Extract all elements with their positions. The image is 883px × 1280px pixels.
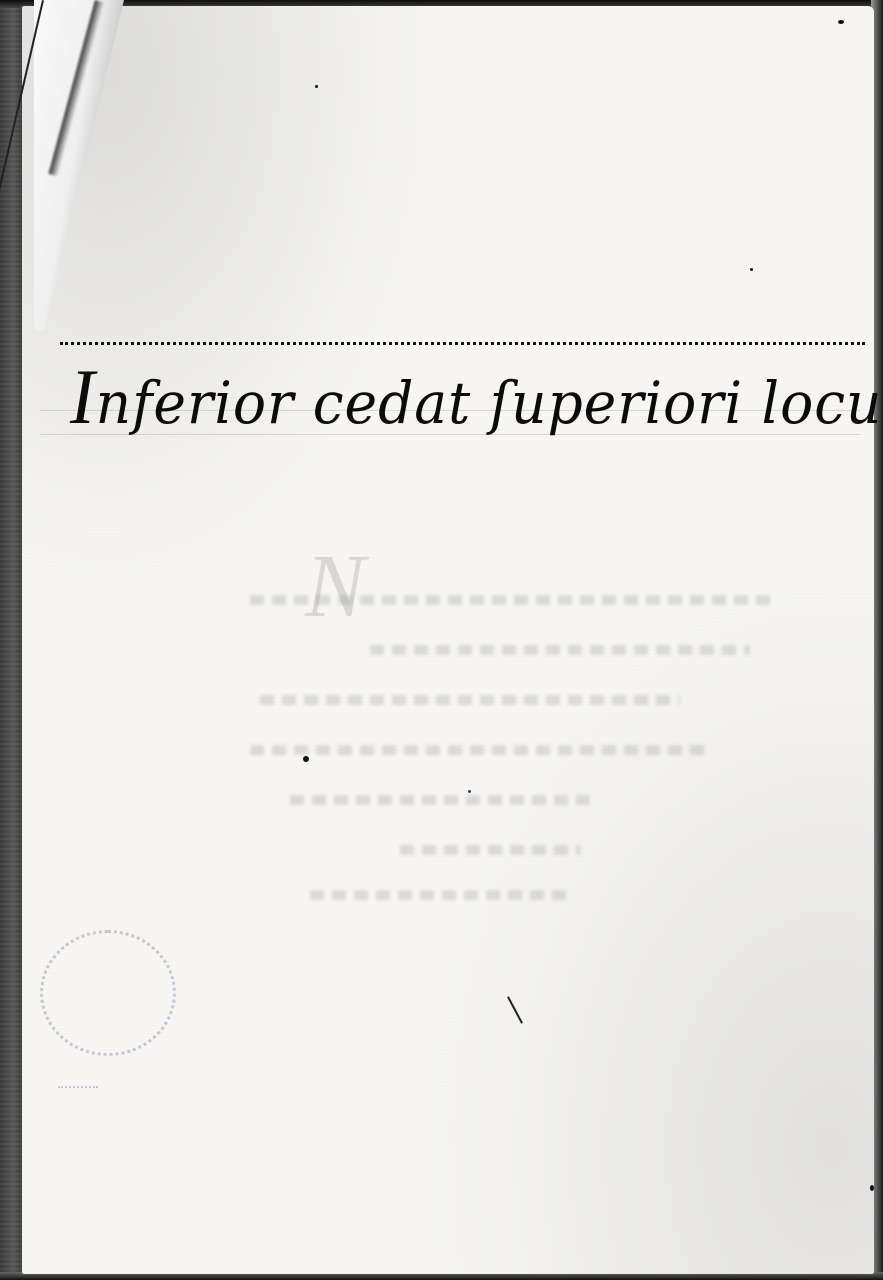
ink-speck — [750, 268, 753, 271]
scan-frame: Inferior cedat ſuperiori locum N — [0, 0, 883, 1280]
bleed-line — [250, 595, 770, 605]
heading-text: nferior cedat ſuperiori locum — [96, 369, 883, 437]
bleed-through-initial: N — [305, 535, 365, 638]
bleed-line — [370, 645, 750, 655]
bleed-line — [290, 795, 590, 805]
ink-speck — [315, 85, 318, 88]
bleed-line — [250, 745, 710, 755]
ink-speck — [303, 756, 309, 762]
ink-speck — [838, 20, 844, 24]
heading-initial: I — [70, 353, 96, 440]
dotted-rule — [60, 342, 865, 345]
library-stamp-mark — [58, 1072, 98, 1088]
ink-speck — [870, 1185, 874, 1191]
library-stamp — [40, 930, 176, 1056]
ink-speck — [468, 790, 471, 793]
bleed-line — [310, 890, 570, 900]
bleed-line — [400, 845, 580, 855]
bleed-through-text: N — [250, 560, 810, 920]
bleed-line — [260, 695, 680, 705]
page-title: Inferior cedat ſuperiori locum — [70, 352, 830, 442]
